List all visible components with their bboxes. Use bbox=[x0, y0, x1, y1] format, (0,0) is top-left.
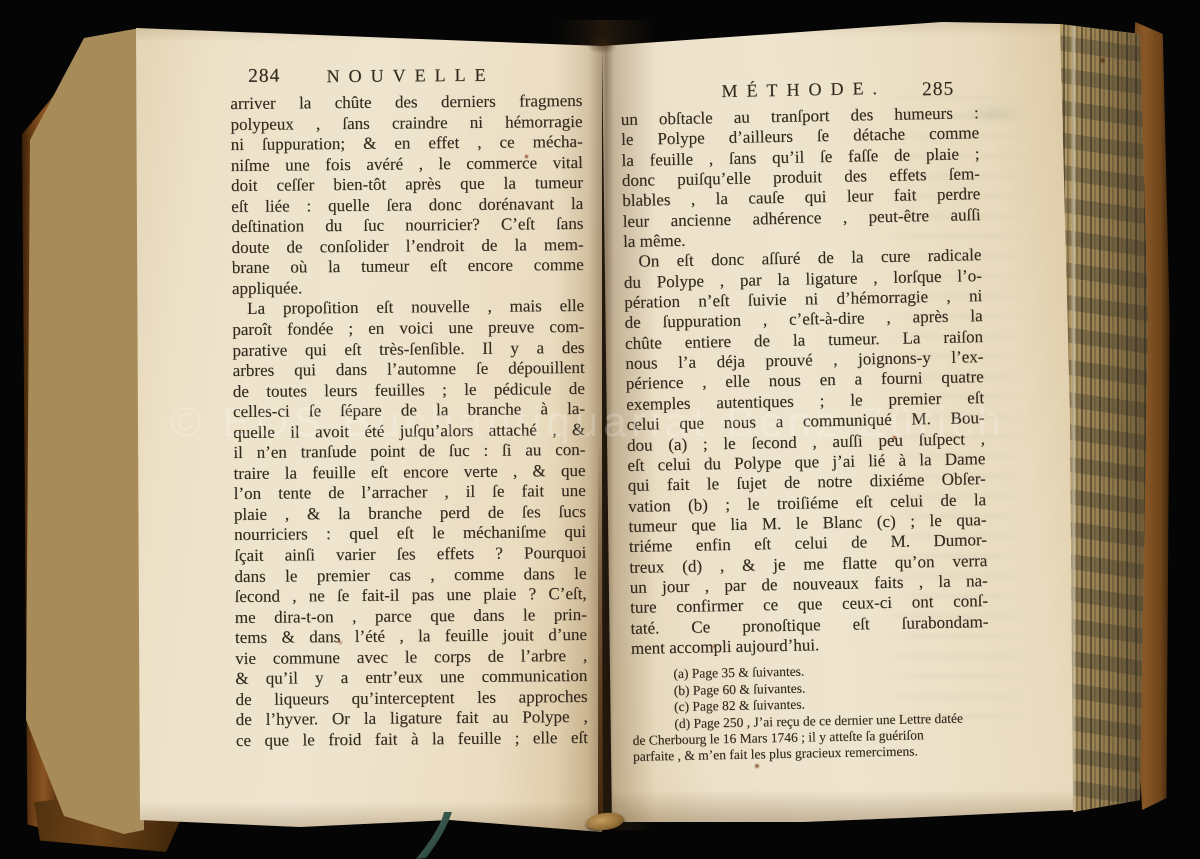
body-text-line: ce que le froid fait à la feuille ; elle… bbox=[236, 728, 588, 752]
left-page-block-edge bbox=[24, 20, 146, 840]
body-text-line: deſtination du ſuc nourricier? C’eſt ſan… bbox=[231, 214, 583, 238]
gutter-line bbox=[598, 440, 603, 822]
body-text-line: brane où la tumeur eſt encore comme bbox=[232, 255, 584, 279]
body-text-line: tems & dans l’été , la feuille jouit d’u… bbox=[235, 625, 587, 649]
body-text-line: doit ceſſer bien-tôt après que la tumeur bbox=[231, 173, 583, 197]
foxing-spot bbox=[754, 763, 760, 769]
book-photo: 284 NOUVELLE arriver la chûte des dernie… bbox=[0, 0, 1200, 859]
left-page-header: 284 NOUVELLE bbox=[230, 61, 582, 94]
body-text-line: ni ſuppuration; & en effet , ce mécha- bbox=[231, 132, 583, 156]
gutter-top-shadow bbox=[586, 36, 618, 54]
body-text-line: ſçait ainſi varier ſes effets ? Pourquoi bbox=[234, 543, 586, 567]
body-text-line: arbres qui dans l’automne ſe dépouillent bbox=[233, 358, 585, 382]
bookmark-ribbon bbox=[408, 812, 460, 859]
body-text-line: arriver la chûte des derniers fragmens bbox=[230, 91, 582, 115]
right-page-number: 285 bbox=[922, 79, 955, 102]
footnotes: (a) Page 35 & ſuivantes.(b) Page 60 & ſu… bbox=[631, 660, 991, 765]
right-page-body: un obſtacle au tranſport des humeurs :le… bbox=[621, 103, 989, 659]
foxing-spot bbox=[1099, 57, 1106, 64]
left-running-title: NOUVELLE bbox=[230, 64, 582, 88]
photo-watermark: © EOS Buchantiquariat Benz Zürich bbox=[170, 398, 1110, 446]
body-text-line: & qu’il y a entr’eux une communication bbox=[235, 666, 587, 690]
body-text-line: paroît fondée ; en voici une preuve com- bbox=[232, 317, 584, 341]
body-text-line: ſecond , ne ſe fait-il pas une plaie ? C… bbox=[235, 584, 587, 608]
